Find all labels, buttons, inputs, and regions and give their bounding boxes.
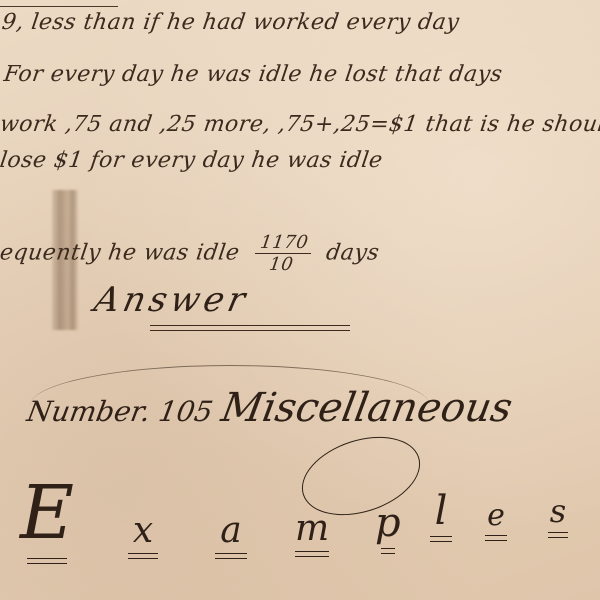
manuscript-page: 9, less than if he had worked every day … <box>0 0 600 600</box>
answer-label: Answer <box>91 280 253 320</box>
top-rule <box>0 6 118 7</box>
examples-letter-m: m <box>295 508 329 557</box>
number-label: Number. <box>24 395 153 428</box>
conclusion-suffix: days <box>324 241 380 266</box>
examples-letter-a: a <box>215 510 247 559</box>
section-heading: Number. 105 Miscellaneous <box>24 385 516 431</box>
conclusion-prefix: equently he was idle <box>0 241 241 266</box>
section-number: 105 <box>156 395 215 428</box>
examples-heading: E x a m p l e s <box>10 470 600 590</box>
text-line-1: 9, less than if he had worked every day <box>0 10 461 35</box>
text-line-3: work ,75 and ,25 more, ,75+,25=$1 that i… <box>0 112 600 137</box>
fraction-denominator: 10 <box>252 254 311 275</box>
idle-days-fraction: 1170 10 <box>252 232 314 275</box>
examples-letter-e: e <box>485 498 507 541</box>
text-line-2: For every day he was idle he lost that d… <box>2 62 504 87</box>
examples-letter-x: x <box>128 510 158 559</box>
examples-letter-E: E <box>20 470 74 564</box>
answer-double-underline <box>150 325 350 331</box>
examples-letter-p: p <box>375 500 401 554</box>
conclusion-line: equently he was idle 1170 10 days <box>0 232 382 275</box>
section-title: Miscellaneous <box>218 385 516 431</box>
fraction-numerator: 1170 <box>255 232 314 254</box>
examples-letter-l: l <box>430 488 452 542</box>
text-line-4: lose $1 for every day he was idle <box>0 148 384 173</box>
examples-letter-s: s <box>548 492 568 538</box>
